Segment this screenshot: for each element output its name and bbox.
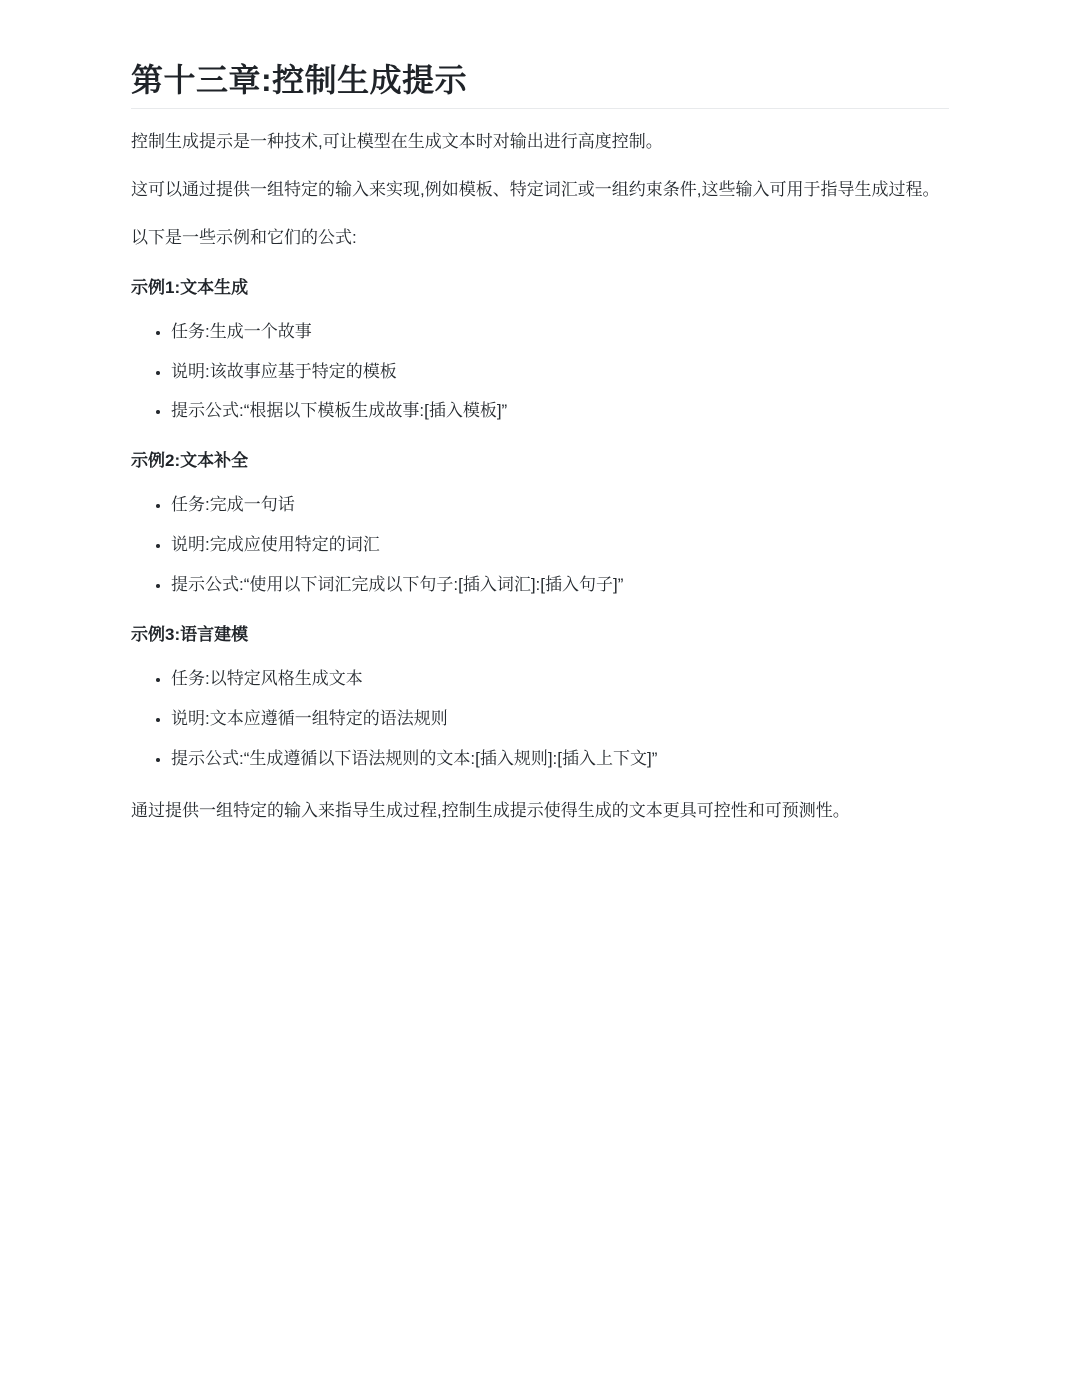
example-3-heading-text: 示例3:语言建模 xyxy=(131,625,248,644)
intro-paragraph-2: 这可以通过提供一组特定的输入来实现,例如模板、特定词汇或一组约束条件,这些输入可… xyxy=(131,175,949,205)
list-item: 提示公式:“使用以下词汇完成以下句子:[插入词汇]:[插入句子]” xyxy=(171,570,949,600)
intro-paragraph-3: 以下是一些示例和它们的公式: xyxy=(131,223,949,253)
page-title: 第十三章:控制生成提示 xyxy=(131,60,949,109)
example-1-list: 任务:生成一个故事 说明:该故事应基于特定的模板 提示公式:“根据以下模板生成故… xyxy=(131,317,949,427)
document-page: 第十三章:控制生成提示 控制生成提示是一种技术,可让模型在生成文本时对输出进行高… xyxy=(131,0,949,946)
list-item: 任务:完成一句话 xyxy=(171,490,949,520)
list-item: 提示公式:“生成遵循以下语法规则的文本:[插入规则]:[插入上下文]” xyxy=(171,744,949,774)
example-2-heading: 示例2:文本补全 xyxy=(131,446,949,476)
example-1-heading: 示例1:文本生成 xyxy=(131,273,949,303)
example-2-list: 任务:完成一句话 说明:完成应使用特定的词汇 提示公式:“使用以下词汇完成以下句… xyxy=(131,490,949,600)
closing-paragraph: 通过提供一组特定的输入来指导生成过程,控制生成提示使得生成的文本更具可控性和可预… xyxy=(131,796,949,826)
intro-paragraph-1: 控制生成提示是一种技术,可让模型在生成文本时对输出进行高度控制。 xyxy=(131,127,949,157)
example-1-heading-text: 示例1:文本生成 xyxy=(131,278,248,297)
list-item: 提示公式:“根据以下模板生成故事:[插入模板]” xyxy=(171,396,949,426)
list-item: 任务:以特定风格生成文本 xyxy=(171,664,949,694)
list-item: 任务:生成一个故事 xyxy=(171,317,949,347)
list-item: 说明:完成应使用特定的词汇 xyxy=(171,530,949,560)
list-item: 说明:该故事应基于特定的模板 xyxy=(171,357,949,387)
list-item: 说明:文本应遵循一组特定的语法规则 xyxy=(171,704,949,734)
example-3-heading: 示例3:语言建模 xyxy=(131,620,949,650)
example-3-list: 任务:以特定风格生成文本 说明:文本应遵循一组特定的语法规则 提示公式:“生成遵… xyxy=(131,664,949,774)
example-2-heading-text: 示例2:文本补全 xyxy=(131,451,248,470)
